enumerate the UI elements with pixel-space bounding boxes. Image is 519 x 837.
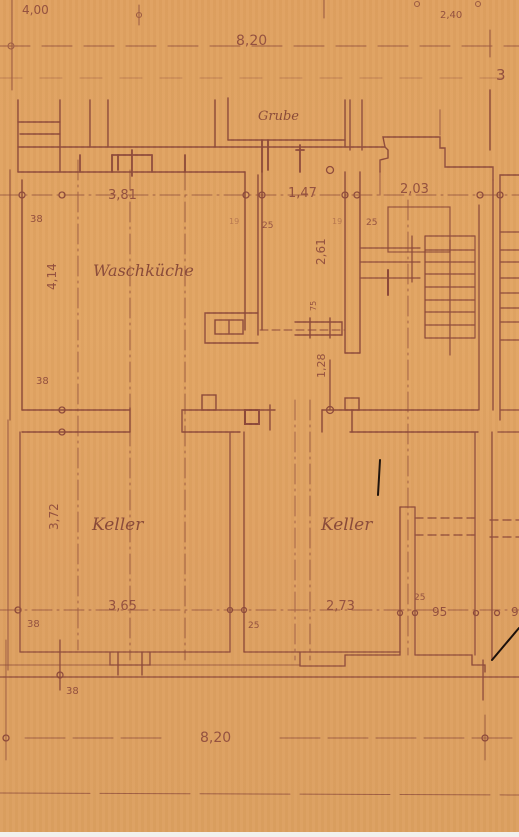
label-keller-right: Keller (320, 515, 373, 535)
scan-margin (0, 832, 519, 837)
label-waschkueche: Waschküche (93, 261, 194, 280)
dim-laundry-depth: 4,14 (45, 263, 59, 290)
dim-wall-d: 19 (332, 217, 342, 226)
floor-plan-drawing: Grube Waschküche Keller Keller 4,00 2,40… (0, 0, 519, 832)
dim-small-a: 75 (309, 301, 318, 311)
dim-wall-e: 25 (248, 621, 259, 631)
dim-keller-right-width: 2,73 (326, 599, 355, 614)
chimney-mid (295, 318, 342, 338)
dim-bottom-overall: 8,20 (200, 730, 231, 746)
dim-laundry-width: 3,81 (108, 188, 137, 203)
dim-keller-left-width: 3,65 (108, 599, 137, 614)
dim-wall-a: 25 (262, 221, 273, 231)
dim-mid-width: 1,47 (288, 186, 317, 201)
dim-top-right-cut: 3 (496, 66, 506, 84)
right-stair-edge (500, 232, 519, 410)
dim-top-partial-right: 2,40 (440, 10, 462, 21)
keller-right-walls (244, 432, 519, 672)
dim-top-overall: 8,20 (236, 33, 267, 49)
dim-top-partial-left: 4,00 (22, 3, 49, 17)
dim-stair-width: 2,03 (400, 182, 429, 197)
chimney-left (205, 313, 258, 343)
bottom-dimension-line (0, 640, 519, 795)
dim-wall-bottom-left: 38 (66, 686, 79, 697)
staircase (360, 205, 479, 410)
dim-mid-depth: 2,61 (314, 238, 328, 265)
floor-plan-sheet: Grube Waschküche Keller Keller 4,00 2,40… (0, 0, 519, 832)
label-grube: Grube (258, 109, 299, 124)
dim-wall-b: 25 (366, 218, 377, 228)
dim-right-cut: 9 (511, 605, 519, 619)
label-keller-left: Keller (91, 515, 144, 535)
dim-wall-f: 25 (414, 593, 425, 603)
dim-side-width: 95 (432, 605, 447, 619)
dim-wall-left-low: 38 (27, 619, 40, 630)
north-window-marks (80, 140, 304, 176)
keller-left-walls (8, 420, 244, 675)
grube-outline (228, 98, 362, 150)
dim-small-b: 1,28 (315, 354, 328, 379)
dim-wall-c: 19 (229, 217, 239, 226)
dim-wall-left-mid: 38 (36, 376, 49, 387)
dim-wall-left-top: 38 (30, 214, 43, 225)
dim-keller-depth: 3,72 (47, 503, 61, 530)
waschkueche-walls (10, 170, 258, 432)
